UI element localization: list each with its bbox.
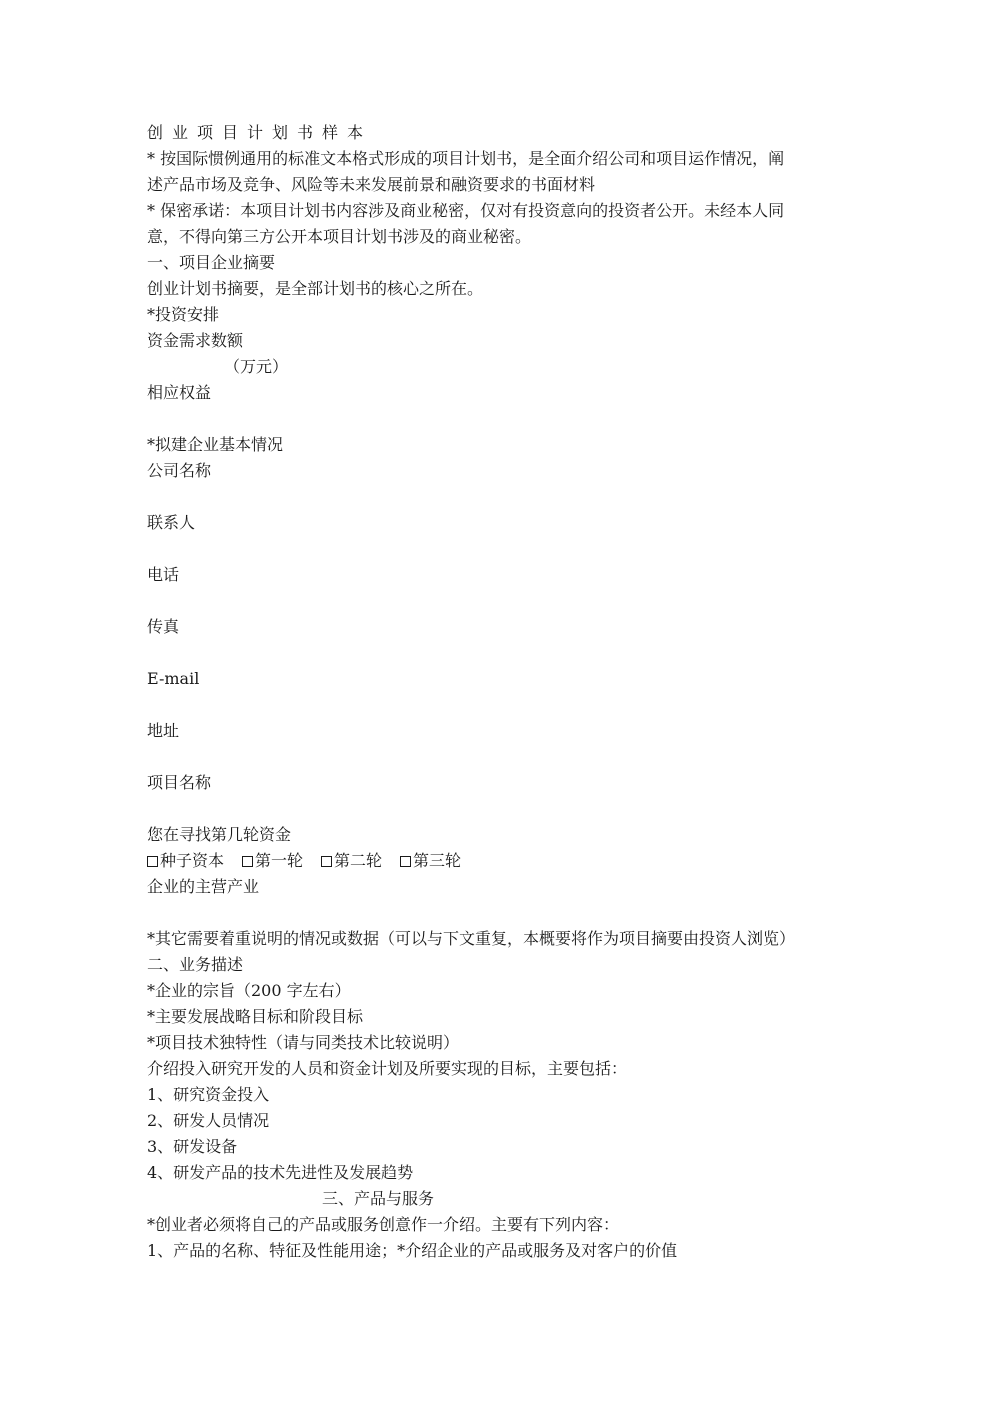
section2-item: *项目技术独特性（请与同类技术比较说明） — [147, 1030, 867, 1056]
checkbox-label: 第三轮 — [413, 848, 461, 874]
field-company-name: 公司名称 — [147, 458, 867, 484]
blank-line — [147, 744, 867, 770]
blank-line — [147, 588, 867, 614]
section2-item: 3、研发设备 — [147, 1134, 867, 1160]
checkbox-round-3[interactable]: 第三轮 — [400, 848, 461, 874]
checkbox-icon[interactable] — [321, 856, 332, 867]
document-page: 创业项目计划书样本 * 按国际惯例通用的标准文本格式形成的项目计划书，是全面介绍… — [147, 120, 867, 1264]
blank-line — [147, 692, 867, 718]
field-project-name: 项目名称 — [147, 770, 867, 796]
fund-unit: （万元） — [147, 354, 867, 380]
main-industry-label: 企业的主营产业 — [147, 874, 867, 900]
field-address: 地址 — [147, 718, 867, 744]
company-heading: *拟建企业基本情况 — [147, 432, 867, 458]
blank-line — [147, 640, 867, 666]
section2-item: *企业的宗旨（200 字左右） — [147, 978, 867, 1004]
other-notes: *其它需要着重说明的情况或数据（可以与下文重复，本概要将作为项目摘要由投资人浏览… — [147, 926, 867, 952]
section2-item: *主要发展战略目标和阶段目标 — [147, 1004, 867, 1030]
section2-item: 4、研发产品的技术先进性及发展趋势 — [147, 1160, 867, 1186]
checkbox-label: 种子资本 — [160, 848, 224, 874]
field-contact: 联系人 — [147, 510, 867, 536]
fund-amount-label: 资金需求数额 — [147, 328, 867, 354]
blank-line — [147, 796, 867, 822]
blank-line — [147, 900, 867, 926]
section1-summary: 创业计划书摘要，是全部计划书的核心之所在。 — [147, 276, 867, 302]
section2-item: 介绍投入研究开发的人员和资金计划及所要实现的目标，主要包括： — [147, 1056, 867, 1082]
investment-heading: *投资安排 — [147, 302, 867, 328]
section2-item: 1、研究资金投入 — [147, 1082, 867, 1108]
section1-heading: 一、项目企业摘要 — [147, 250, 867, 276]
intro-line: * 按国际惯例通用的标准文本格式形成的项目计划书，是全面介绍公司和项目运作情况，… — [147, 146, 867, 172]
blank-line — [147, 484, 867, 510]
section3-item: 1、产品的名称、特征及性能用途；*介绍企业的产品或服务及对客户的价值 — [147, 1238, 867, 1264]
document-title: 创业项目计划书样本 — [147, 120, 867, 146]
checkbox-label: 第一轮 — [255, 848, 303, 874]
checkbox-icon[interactable] — [147, 856, 158, 867]
funding-round-question: 您在寻找第几轮资金 — [147, 822, 867, 848]
blank-line — [147, 406, 867, 432]
checkbox-icon[interactable] — [400, 856, 411, 867]
field-fax: 传真 — [147, 614, 867, 640]
checkbox-seed[interactable]: 种子资本 — [147, 848, 224, 874]
field-email: E-mail — [147, 666, 867, 692]
checkbox-label: 第二轮 — [334, 848, 382, 874]
section3-heading: 三、产品与服务 — [147, 1186, 867, 1212]
section2-item: 2、研发人员情况 — [147, 1108, 867, 1134]
checkbox-icon[interactable] — [242, 856, 253, 867]
blank-line — [147, 536, 867, 562]
checkbox-round-1[interactable]: 第一轮 — [242, 848, 303, 874]
field-phone: 电话 — [147, 562, 867, 588]
funding-round-options: 种子资本 第一轮 第二轮 第三轮 — [147, 848, 867, 874]
equity-label: 相应权益 — [147, 380, 867, 406]
checkbox-round-2[interactable]: 第二轮 — [321, 848, 382, 874]
section3-item: *创业者必须将自己的产品或服务创意作一介绍。主要有下列内容： — [147, 1212, 867, 1238]
intro-line: * 保密承诺：本项目计划书内容涉及商业秘密，仅对有投资意向的投资者公开。未经本人… — [147, 198, 867, 224]
intro-line: 意，不得向第三方公开本项目计划书涉及的商业秘密。 — [147, 224, 867, 250]
section2-heading: 二、业务描述 — [147, 952, 867, 978]
intro-line: 述产品市场及竞争、风险等未来发展前景和融资要求的书面材料 — [147, 172, 867, 198]
